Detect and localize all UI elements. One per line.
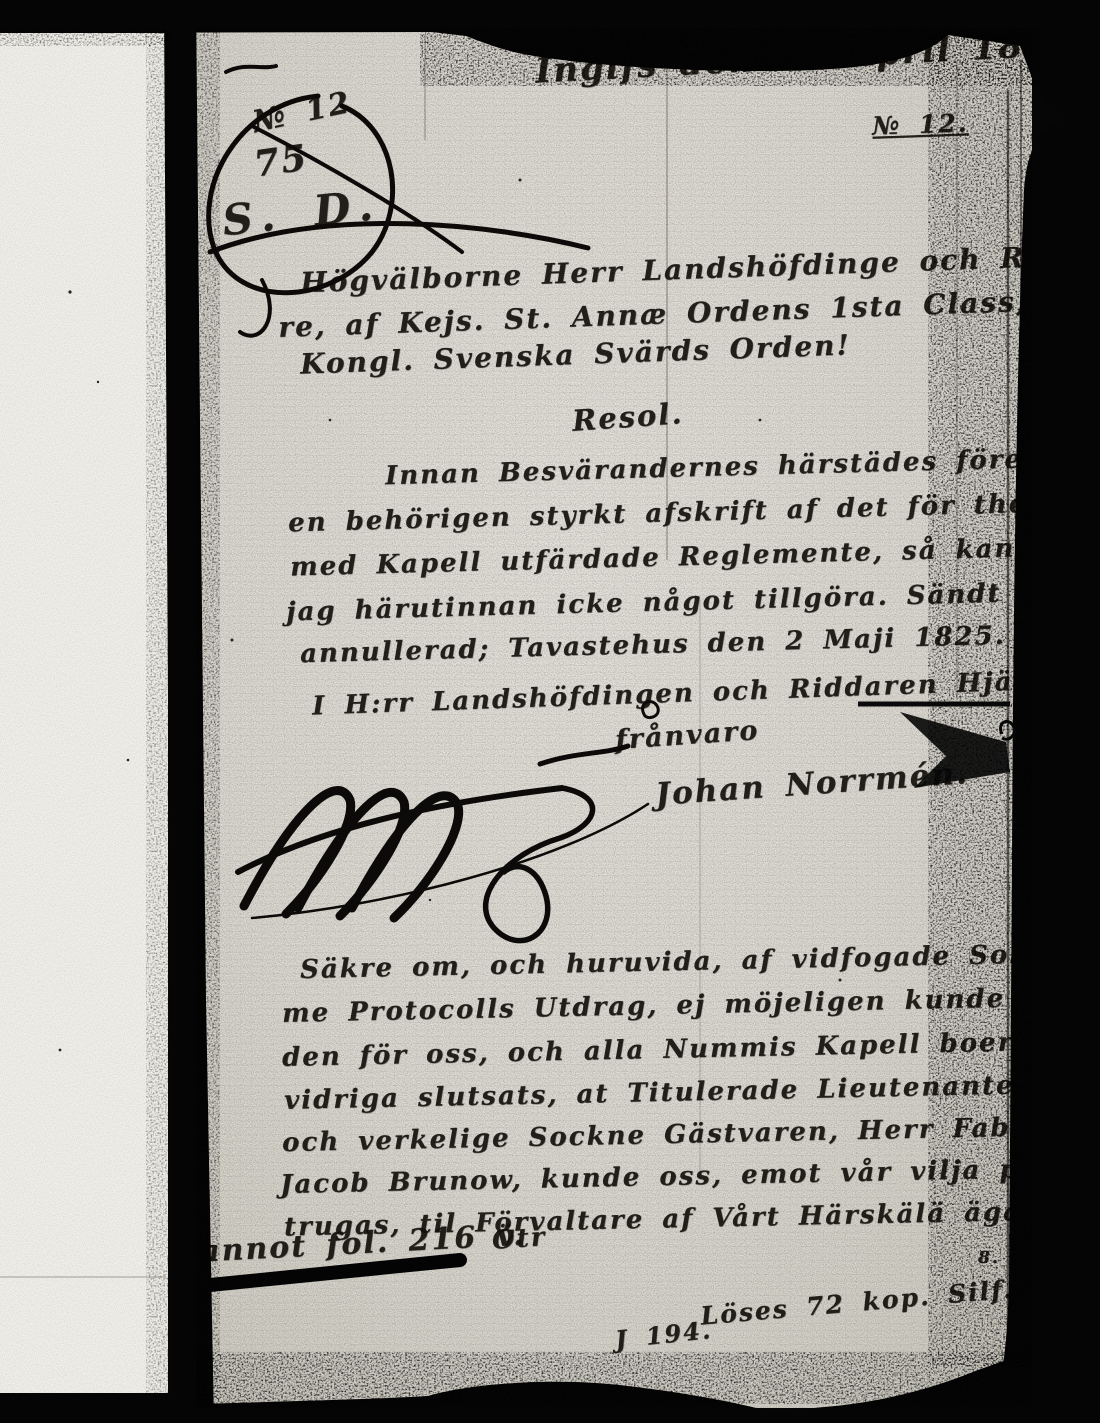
left-page-grain bbox=[0, 33, 168, 1393]
left-page-top-speckle bbox=[0, 30, 170, 46]
right-edge-speckle bbox=[928, 36, 1032, 1366]
bottom-edge-speckle bbox=[196, 1352, 1032, 1404]
left-page-right-speckle bbox=[146, 30, 168, 1394]
scan-grain bbox=[196, 28, 1032, 1408]
gutter-edge-speckle bbox=[196, 28, 220, 1408]
scan-foreground bbox=[0, 0, 1100, 1423]
document-scan: Ingifs den 28 April 18.. № 12. № 12 75 S… bbox=[0, 0, 1100, 1423]
